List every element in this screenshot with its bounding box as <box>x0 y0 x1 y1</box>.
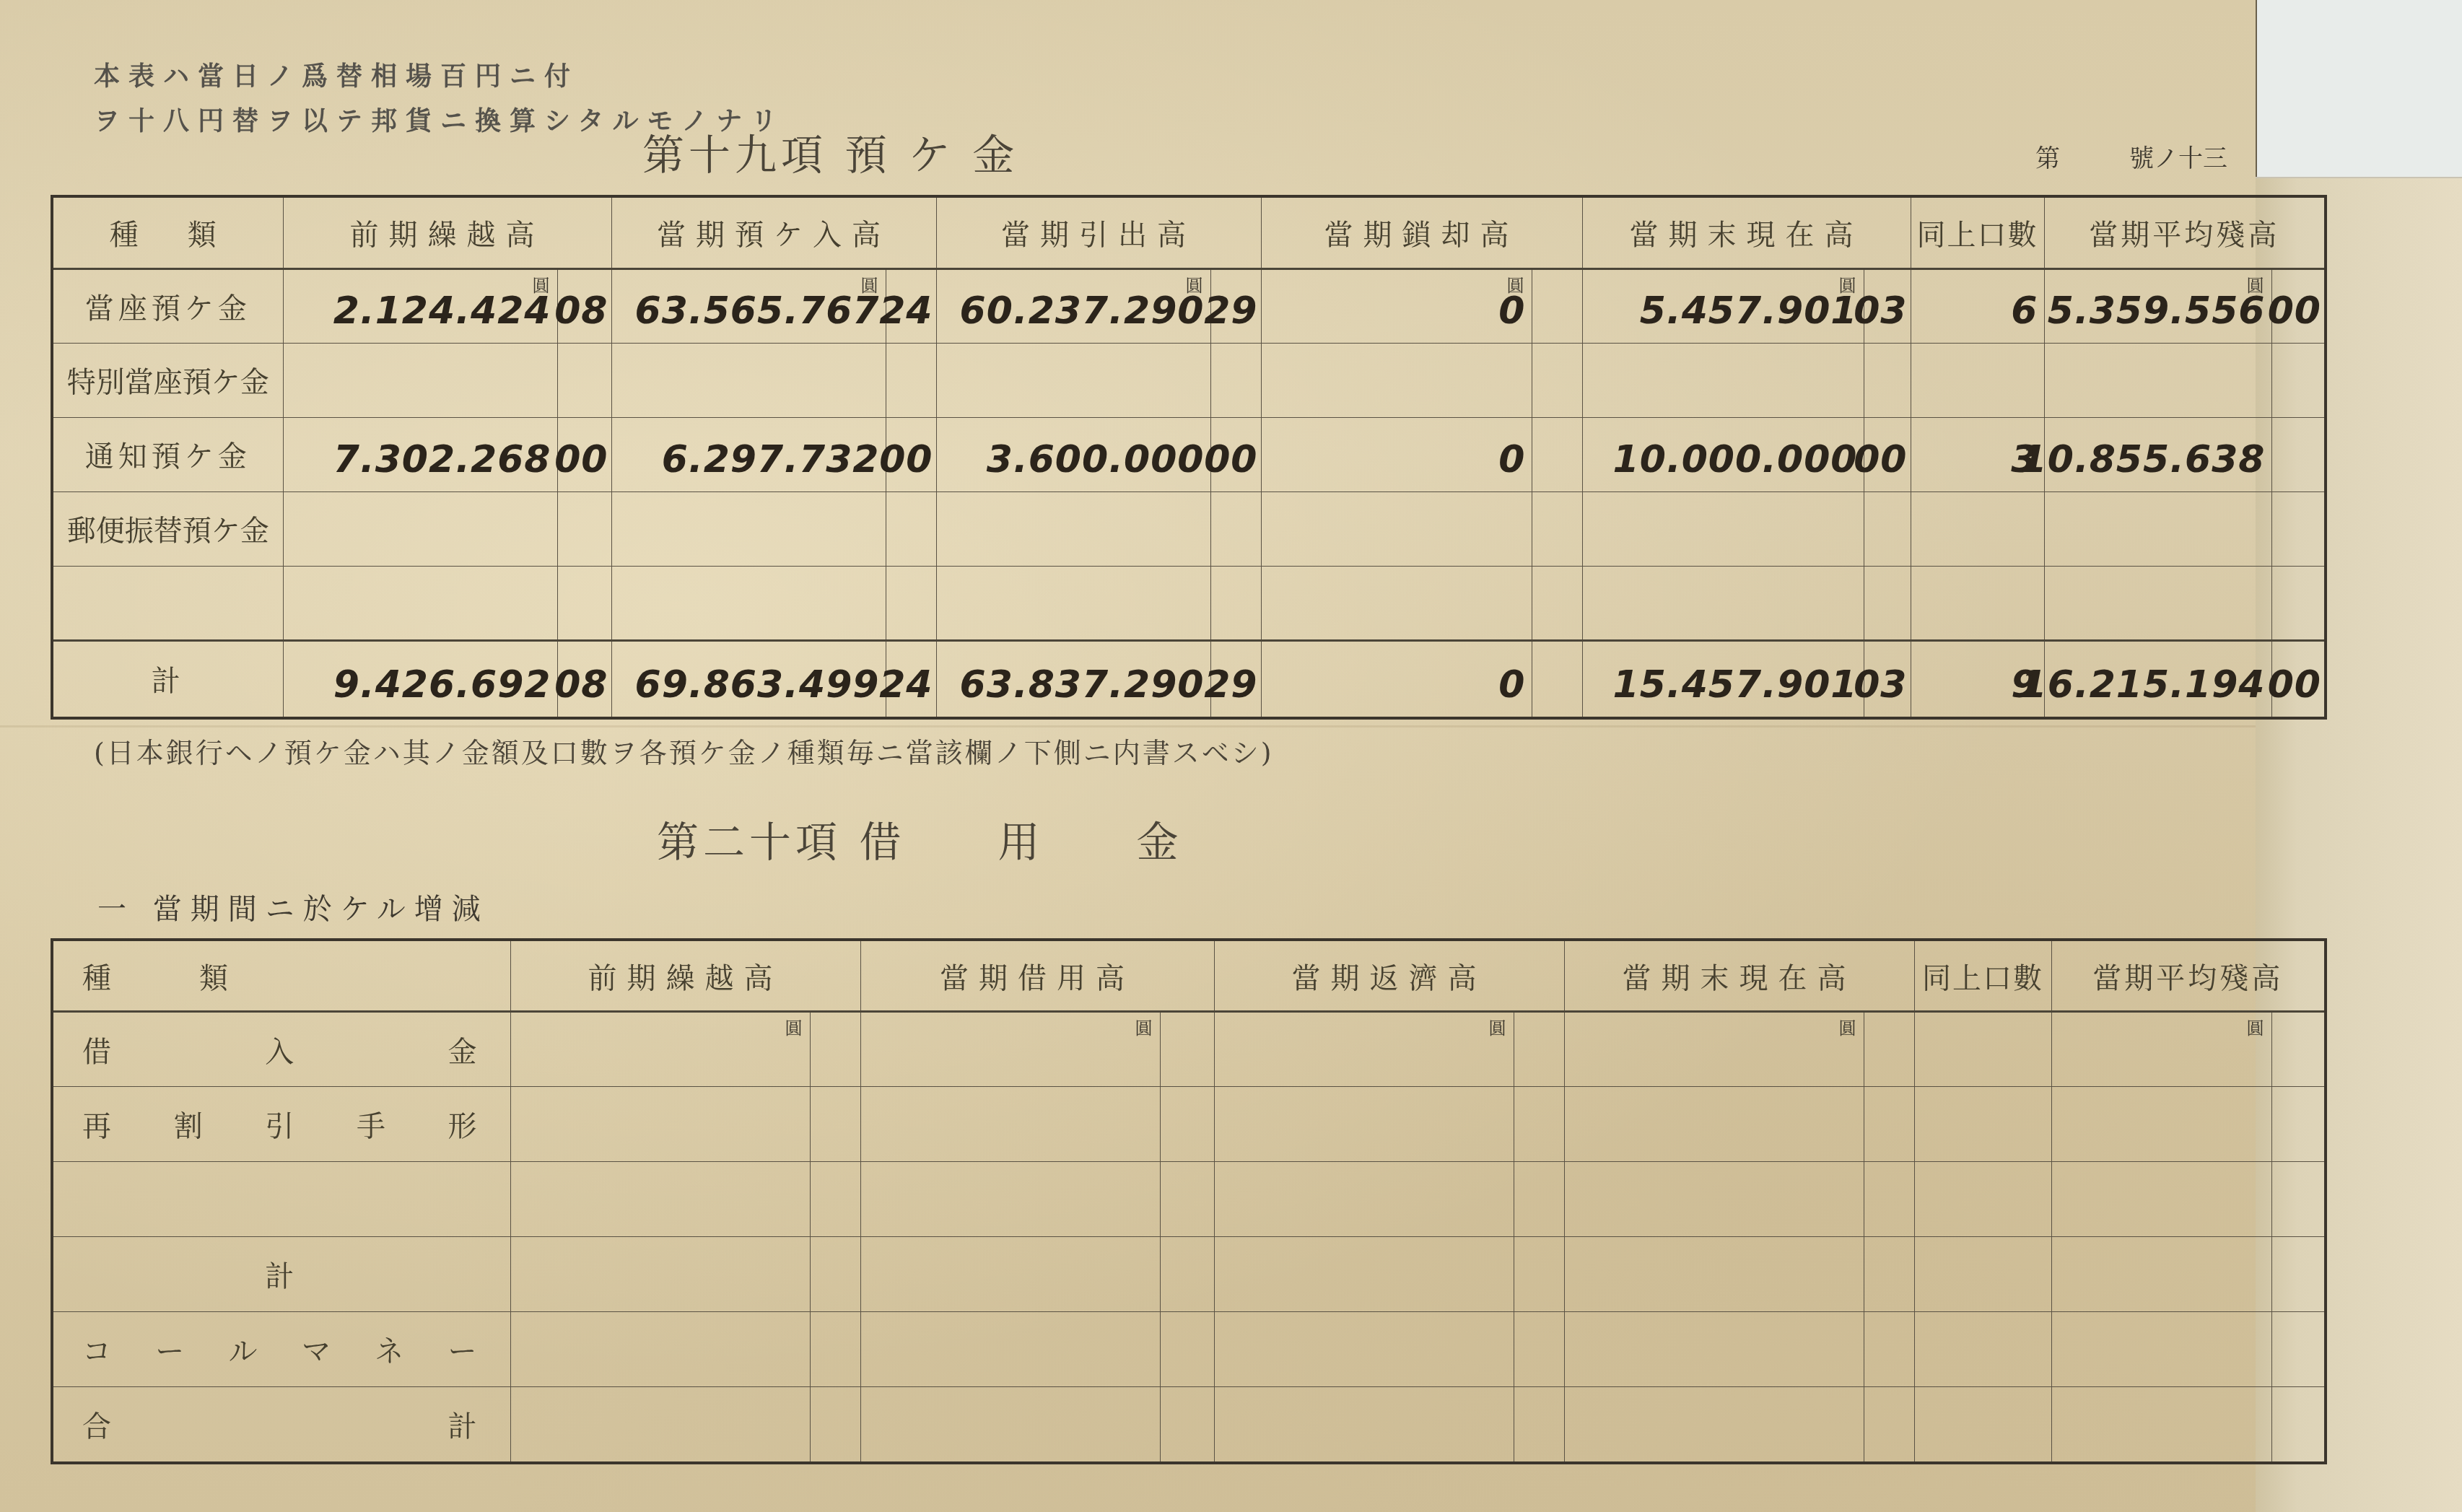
withdrawals-sen: 00 <box>1204 438 1257 481</box>
withdrawals-value: 60.237.290 <box>960 289 1205 333</box>
table-row: 通知預ケ金 7.302.268 00 6.297.732 00 3.600.00… <box>52 417 2326 491</box>
prev-balance-sen: 08 <box>554 289 608 333</box>
col-header-avg-balance: 當期平均殘高 <box>2051 940 2326 1012</box>
yen-unit: 圓 <box>1135 1014 1153 1039</box>
total-avg-balance: 16.215.194 <box>2021 663 2266 707</box>
deposits-sen: 24 <box>879 289 933 333</box>
row-label-blank <box>52 1162 510 1237</box>
total-prev-balance-sen: 08 <box>554 663 608 707</box>
grand-total-row: 合計 <box>52 1387 2326 1463</box>
avg-balance-value: 10.855.638 <box>2021 438 2266 481</box>
total-withdrawals-sen: 29 <box>1204 663 1257 707</box>
table-row <box>52 1162 2326 1237</box>
section20-subheading: 一 當期間ニ於ケル增減 <box>97 886 489 927</box>
end-balance-sen: 00 <box>1854 438 1907 481</box>
total-written-off: 0 <box>1498 663 1525 707</box>
col-header-borrowed: 當期借用高 <box>860 940 1214 1012</box>
written-off-value: 0 <box>1498 289 1525 333</box>
row-label: 特別當座預ケ金 <box>52 343 283 417</box>
total-deposits-sen: 24 <box>879 663 933 707</box>
col-header-deposits: 當期預ケ入高 <box>611 196 936 268</box>
table-row: 當座預ケ金 圓2.124.424 08 圓63.565.767 24 圓60.2… <box>52 268 2326 343</box>
yen-unit: 圓 <box>1489 1014 1506 1039</box>
deposits-value: 6.297.732 <box>662 438 880 481</box>
yen-unit: 圓 <box>1839 1014 1856 1039</box>
table-row: 再割引手形 <box>52 1087 2326 1162</box>
total-row: 計 9.426.692 08 69.863.499 24 63.837.290 … <box>52 640 2326 718</box>
row-label: 郵便振替預ケ金 <box>52 491 283 566</box>
withdrawals-value: 3.600.000 <box>987 438 1205 481</box>
total-end-balance-sen: 03 <box>1854 663 1907 707</box>
table-row: 借入金 圓 圓 圓 圓 圓 <box>52 1012 2326 1087</box>
prev-balance-value: 2.124.424 <box>333 289 551 333</box>
col-header-written-off: 當期鎖却高 <box>1261 196 1582 268</box>
avg-balance-sen: 00 <box>2268 289 2321 333</box>
accounts-value: 6 <box>2011 289 2038 333</box>
col-header-type: 種 類 <box>52 196 283 268</box>
total-label: 計 <box>52 640 283 718</box>
prev-balance-value: 7.302.268 <box>333 438 551 481</box>
total-avg-balance-sen: 00 <box>2268 663 2321 707</box>
header-row: 種 類 前期繰越高 當期借用高 當期返濟高 當期末現在高 同上口數 當期平均殘高 <box>52 940 2326 1012</box>
prev-balance-sen: 00 <box>554 438 608 481</box>
boj-deposit-note: (日本銀行ヘノ預ケ金ハ其ノ金額及口數ヲ各預ケ金ノ種類毎ニ當該欄ノ下側ニ内書スベシ… <box>94 730 1274 770</box>
row-label-subtotal: 計 <box>52 1237 510 1312</box>
borrowings-table: 種 類 前期繰越高 當期借用高 當期返濟高 當期末現在高 同上口數 當期平均殘高… <box>51 938 2327 1464</box>
row-label-borrowed-money: 借入金 <box>52 1012 510 1087</box>
total-end-balance: 15.457.901 <box>1613 663 1858 707</box>
end-balance-value: 10.000.000 <box>1613 438 1858 481</box>
withdrawals-sen: 29 <box>1204 289 1257 333</box>
col-header-end-balance: 當期末現在高 <box>1564 940 1914 1012</box>
section19-title: 第十九項 預 ケ 金 <box>642 121 1018 182</box>
total-deposits: 69.863.499 <box>635 663 880 707</box>
row-label-rediscounted-bills: 再割引手形 <box>52 1087 510 1162</box>
table-row: コールマネー <box>52 1312 2326 1387</box>
row-label <box>52 566 283 640</box>
end-balance-value: 5.457.901 <box>1640 289 1858 333</box>
paper-fold <box>0 725 2256 727</box>
section20-title: 第二十項 借 用 金 <box>657 808 1182 869</box>
deposits-value: 63.565.767 <box>635 289 880 333</box>
col-header-withdrawals: 當期引出高 <box>936 196 1261 268</box>
col-header-accounts: 同上口數 <box>1914 940 2051 1012</box>
yen-unit: 圓 <box>2247 1014 2264 1039</box>
col-header-prev-balance: 前期繰越高 <box>510 940 860 1012</box>
row-label: 當座預ケ金 <box>52 268 283 343</box>
exchange-rate-stamp-line1: 本表ハ當日ノ爲替相場百円ニ付 <box>94 56 579 93</box>
col-header-type: 種 類 <box>52 940 510 1012</box>
table-row <box>52 566 2326 640</box>
table-row: 郵便振替預ケ金 <box>52 491 2326 566</box>
page-number-prefix: 第 <box>2035 139 2060 174</box>
written-off-value: 0 <box>1498 438 1525 481</box>
col-header-avg-balance: 當期平均殘高 <box>2044 196 2326 268</box>
col-header-accounts: 同上口數 <box>1911 196 2044 268</box>
col-header-prev-balance: 前期繰越高 <box>283 196 611 268</box>
total-prev-balance: 9.426.692 <box>333 663 551 707</box>
deposits-sen: 00 <box>879 438 933 481</box>
deposits-table: 種 類 前期繰越高 當期預ケ入高 當期引出高 當期鎖却高 當期末現在高 同上口數… <box>51 195 2327 720</box>
row-label-call-money: コールマネー <box>52 1312 510 1387</box>
subtotal-row: 計 <box>52 1237 2326 1312</box>
total-withdrawals: 63.837.290 <box>960 663 1205 707</box>
end-balance-sen: 03 <box>1854 289 1907 333</box>
header-row: 種 類 前期繰越高 當期預ケ入高 當期引出高 當期鎖却高 當期末現在高 同上口數… <box>52 196 2326 268</box>
col-header-end-balance: 當期末現在高 <box>1582 196 1911 268</box>
table-row: 特別當座預ケ金 <box>52 343 2326 417</box>
yen-unit: 圓 <box>785 1014 803 1039</box>
avg-balance-value: 5.359.556 <box>2048 289 2266 333</box>
row-label-grand-total: 合計 <box>52 1387 510 1463</box>
col-header-repaid: 當期返濟高 <box>1214 940 1564 1012</box>
page-number-suffix: 號ノ十三 <box>2129 139 2227 174</box>
row-label: 通知預ケ金 <box>52 417 283 491</box>
